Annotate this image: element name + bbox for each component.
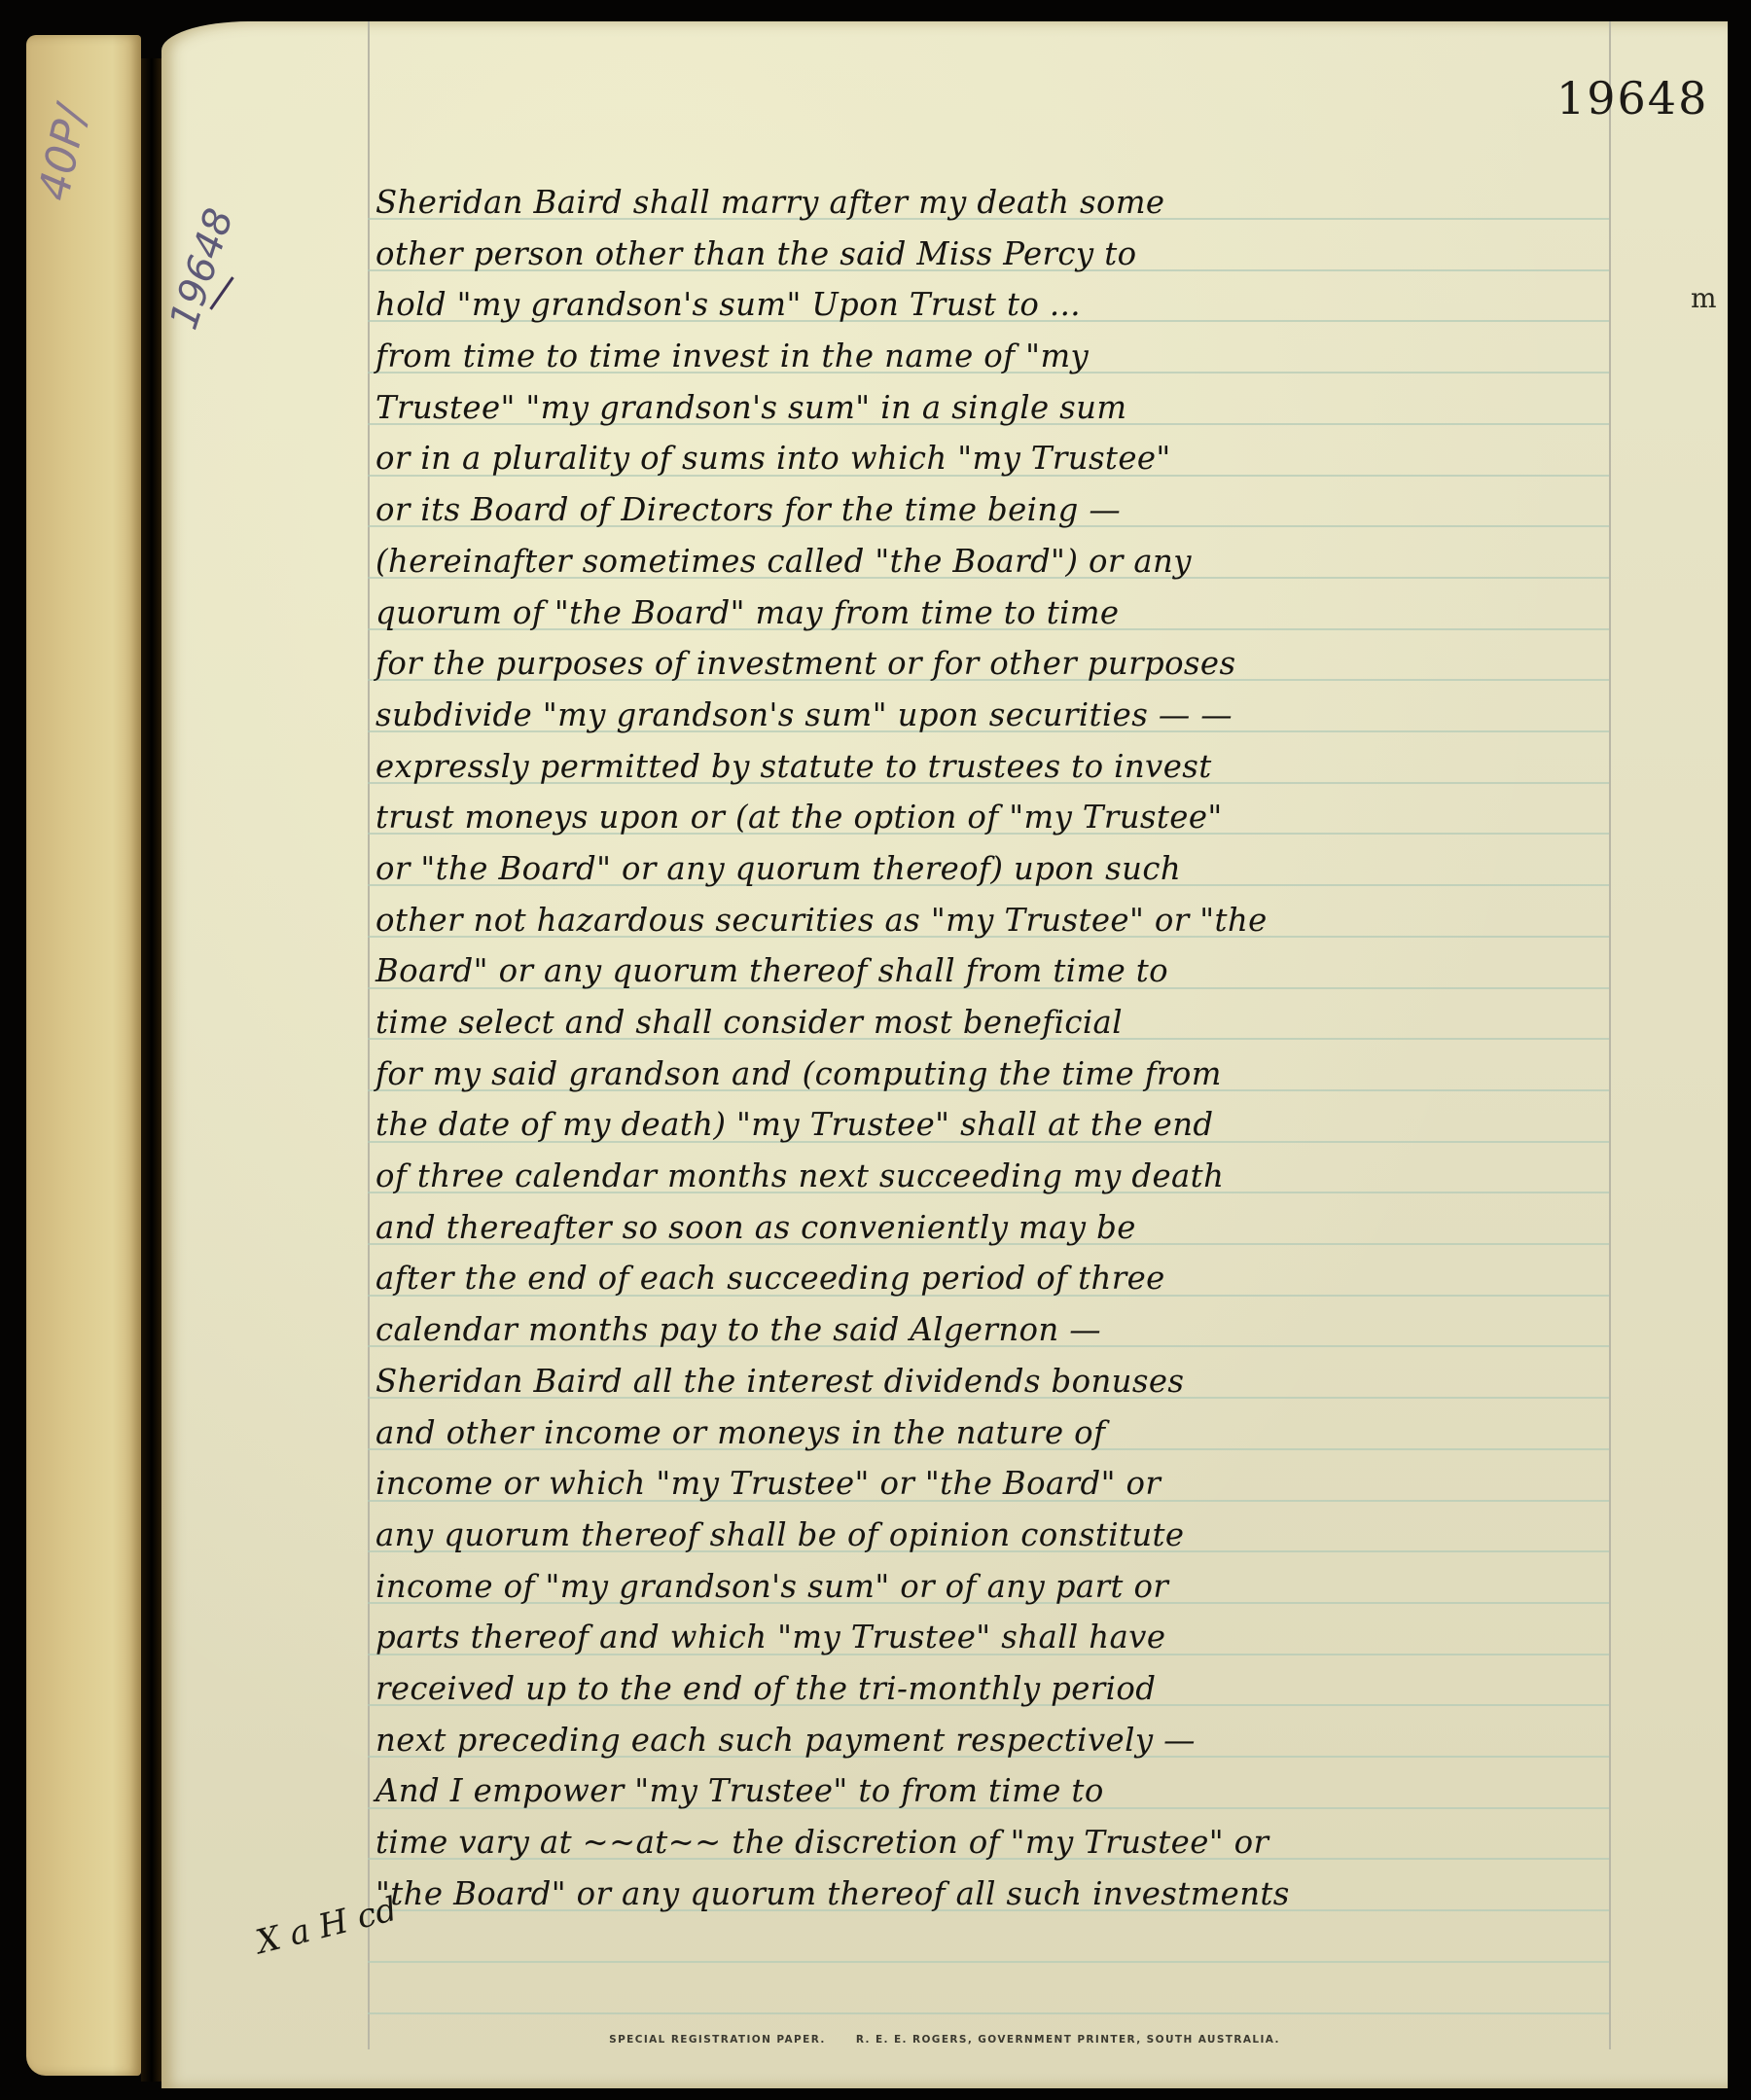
printer-imprint: SPECIAL REGISTRATION PAPER. R. E. E. ROG… (161, 2034, 1728, 2046)
text-line: after the end of each succeeding period … (375, 1253, 1605, 1304)
text-line: Sheridan Baird shall marry after my deat… (375, 177, 1605, 229)
text-line: income of "my grandson's sum" or of any … (375, 1561, 1605, 1613)
book-gutter (141, 58, 162, 2082)
register-page: 19648 Sheridan Baird shall marry after m… (161, 21, 1728, 2088)
text-line: hold "my grandson's sum" Upon Trust to .… (375, 279, 1605, 331)
text-line: Trustee" "my grandson's sum" in a single… (375, 382, 1605, 434)
text-line: next preceding each such payment respect… (375, 1715, 1605, 1766)
text-line: expressly permitted by statute to truste… (375, 741, 1605, 793)
right-margin-annotation: m (1691, 282, 1717, 314)
text-line: income or which "my Trustee" or "the Boa… (375, 1458, 1605, 1510)
text-line: any quorum thereof shall be of opinion c… (375, 1510, 1605, 1561)
text-line: Sheridan Baird all the interest dividend… (375, 1356, 1605, 1407)
left-margin-rule (368, 21, 370, 2049)
printer-label: R. E. E. ROGERS, GOVERNMENT PRINTER, SOU… (856, 2034, 1280, 2046)
registration-number: 19648 (1556, 72, 1708, 125)
text-line: subdivide "my grandson's sum" upon secur… (375, 690, 1605, 741)
ruled-line (368, 2012, 1609, 2014)
text-line: or its Board of Directors for the time b… (375, 484, 1605, 536)
text-line: for the purposes of investment or for ot… (375, 638, 1605, 690)
text-line: and thereafter so soon as conveniently m… (375, 1202, 1605, 1254)
previous-page-edge (26, 35, 141, 2076)
text-line: other person other than the said Miss Pe… (375, 229, 1605, 280)
paper-type-label: SPECIAL REGISTRATION PAPER. (609, 2034, 826, 2046)
text-line: (hereinafter sometimes called "the Board… (375, 536, 1605, 587)
text-line: time select and shall consider most bene… (375, 997, 1605, 1049)
handwritten-body: Sheridan Baird shall marry after my deat… (375, 177, 1630, 1919)
text-line: or "the Board" or any quorum thereof) up… (375, 843, 1605, 895)
ruled-line (368, 1961, 1609, 1963)
text-line: quorum of "the Board" may from time to t… (375, 587, 1605, 639)
text-line: of three calendar months next succeeding… (375, 1151, 1605, 1202)
text-line: Board" or any quorum thereof shall from … (375, 945, 1605, 997)
text-line: received up to the end of the tri-monthl… (375, 1663, 1605, 1715)
text-line: the date of my death) "my Trustee" shall… (375, 1099, 1605, 1151)
text-line: for my said grandson and (computing the … (375, 1049, 1605, 1100)
text-line: and other income or moneys in the nature… (375, 1407, 1605, 1459)
text-line: or in a plurality of sums into which "my… (375, 433, 1605, 484)
text-line: trust moneys upon or (at the option of "… (375, 792, 1605, 843)
text-line: other not hazardous securities as "my Tr… (375, 895, 1605, 946)
text-line: "the Board" or any quorum thereof all su… (375, 1869, 1605, 1920)
text-line: time vary at ~~at~~ the discretion of "m… (375, 1817, 1605, 1869)
text-line: from time to time invest in the name of … (375, 331, 1605, 382)
text-line: parts thereof and which "my Trustee" sha… (375, 1612, 1605, 1663)
text-line: calendar months pay to the said Algernon… (375, 1304, 1605, 1356)
text-line: And I empower "my Trustee" to from time … (375, 1765, 1605, 1817)
